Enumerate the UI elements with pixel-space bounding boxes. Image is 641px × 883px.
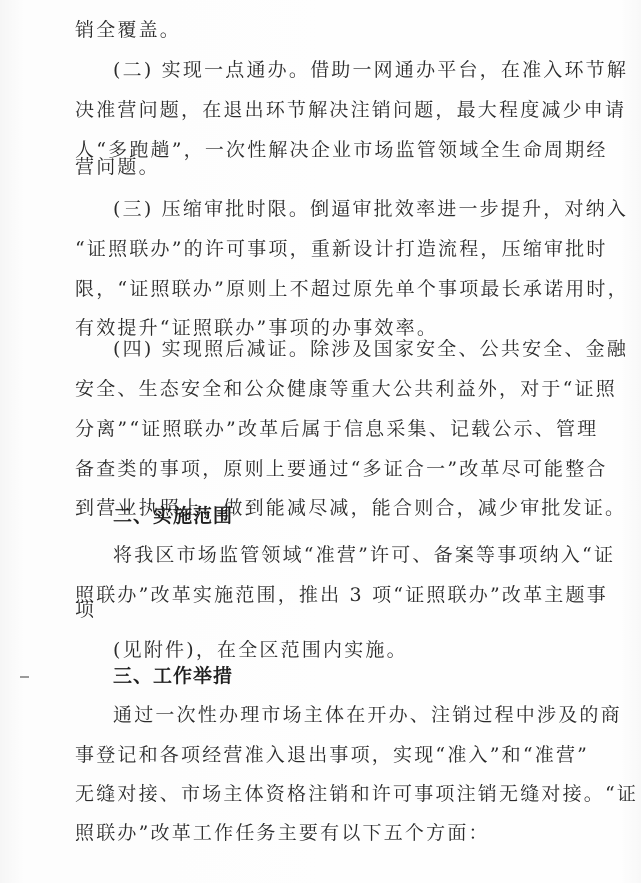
paragraph-line: 安全、生态安全和公众健康等重大公共利益外，对于“证照 <box>75 377 585 401</box>
paragraph-line: 营问题。 <box>75 155 585 179</box>
paragraph-line: 分离”“证照联办”改革后属于信息采集、记载公示、管理 <box>75 417 585 441</box>
paragraph-line: (三) 压缩审批时限。倒逼审批效率进一步提升，对纳入 <box>113 197 585 221</box>
section-heading-measures: 三、工作举措 <box>113 664 585 688</box>
paragraph-line: (见附件)，在全区范围内实施。 <box>113 638 585 662</box>
paragraph-line: 照联办”改革工作任务主要有以下五个方面： <box>75 821 585 845</box>
paragraph-line: 事登记和各项经营准入退出事项，实现“准入”和“准营” <box>75 743 585 767</box>
paragraph-line: (二) 实现一点通办。借助一网通办平台，在准入环节解 <box>113 58 585 82</box>
section-heading-scope: 二、实施范围 <box>113 504 585 528</box>
document-page: 销全覆盖。 (二) 实现一点通办。借助一网通办平台，在准入环节解 决准营问题，在… <box>0 0 641 883</box>
paragraph-line: 限，“证照联办”原则上不超过原先单个事项最长承诺用时， <box>75 277 585 301</box>
paragraph-line: 销全覆盖。 <box>75 18 585 42</box>
paragraph-line: 决准营问题，在退出环节解决注销问题，最大程度减少申请 <box>75 98 585 122</box>
paragraph-line: 备查类的事项，原则上要通过“多证合一”改革尽可能整合 <box>75 457 585 481</box>
paragraph-line: 通过一次性办理市场主体在开办、注销过程中涉及的商 <box>113 703 585 727</box>
paragraph-line: (四) 实现照后减证。除涉及国家安全、公共安全、金融 <box>113 337 585 361</box>
paragraph-line: 项 <box>75 598 585 622</box>
paragraph-line: “证照联办”的许可事项，重新设计打造流程，压缩审批时 <box>75 237 585 261</box>
margin-mark <box>20 676 29 678</box>
paragraph-line: 将我区市场监管领域“准营”许可、备案等事项纳入“证 <box>113 543 585 567</box>
paragraph-line: 无缝对接、市场主体资格注销和许可事项注销无缝对接。“证 <box>75 782 585 806</box>
